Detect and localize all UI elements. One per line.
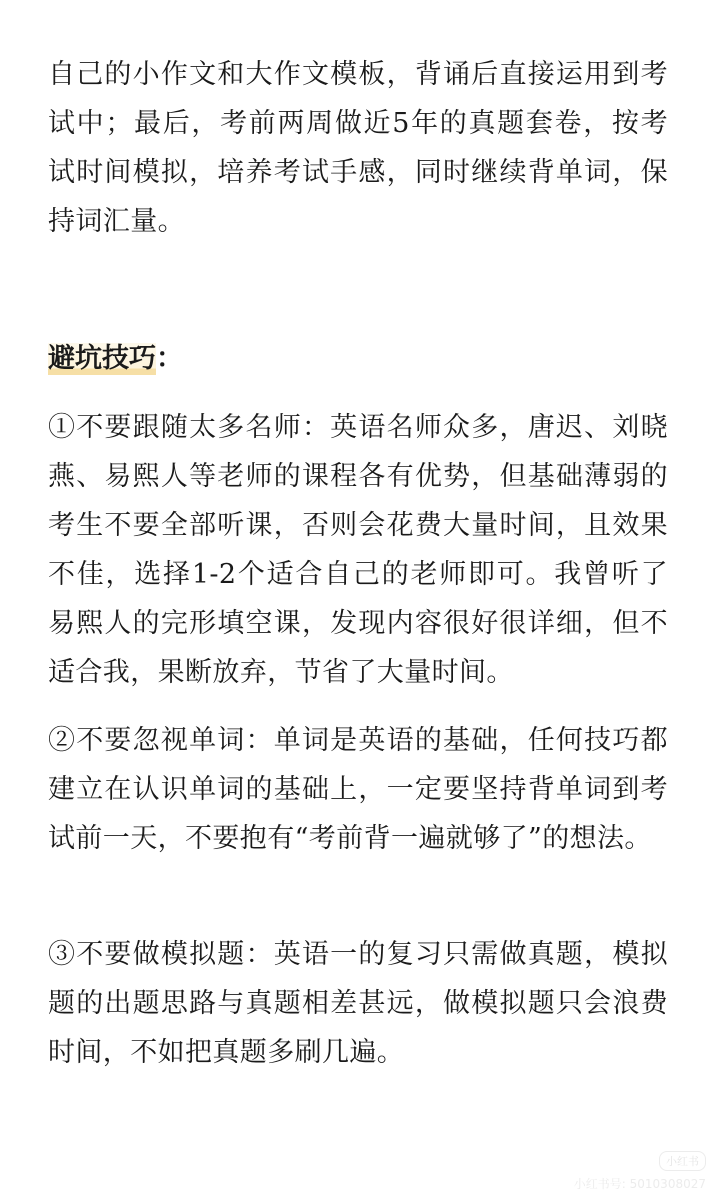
tip-item-2: ②不要忽视单词：单词是英语的基础，任何技巧都建立在认识单词的基础上，一定要坚持背… (48, 716, 668, 863)
watermark-badge: 小红书 (659, 1151, 706, 1171)
intro-section: 自己的小作文和大作文模板，背诵后直接运用到考试中；最后，考前两周做近5年的真题套… (48, 50, 668, 246)
tip-item-3: ③不要做模拟题：英语一的复习只需做真题，模拟题的出题思路与真题相差甚远，做模拟题… (48, 930, 668, 1077)
tip-paragraph: ①不要跟随太多名师：英语名师众多，唐迟、刘晓燕、易熙人等老师的课程各有优势，但基… (48, 403, 668, 697)
section-heading-highlight: 避坑技巧 (48, 343, 156, 375)
tip-paragraph: ②不要忽视单词：单词是英语的基础，任何技巧都建立在认识单词的基础上，一定要坚持背… (48, 716, 668, 863)
tip-item-1: ①不要跟随太多名师：英语名师众多，唐迟、刘晓燕、易熙人等老师的课程各有优势，但基… (48, 403, 668, 697)
watermark-id: 小红书号: 5010308027 (574, 1175, 706, 1192)
intro-paragraph: 自己的小作文和大作文模板，背诵后直接运用到考试中；最后，考前两周做近5年的真题套… (48, 50, 668, 246)
section-heading: 避坑技巧： (48, 334, 183, 383)
tip-paragraph: ③不要做模拟题：英语一的复习只需做真题，模拟题的出题思路与真题相差甚远，做模拟题… (48, 930, 668, 1077)
section-heading-colon: ： (156, 343, 183, 374)
watermark: 小红书 小红书号: 5010308027 (574, 1150, 706, 1192)
